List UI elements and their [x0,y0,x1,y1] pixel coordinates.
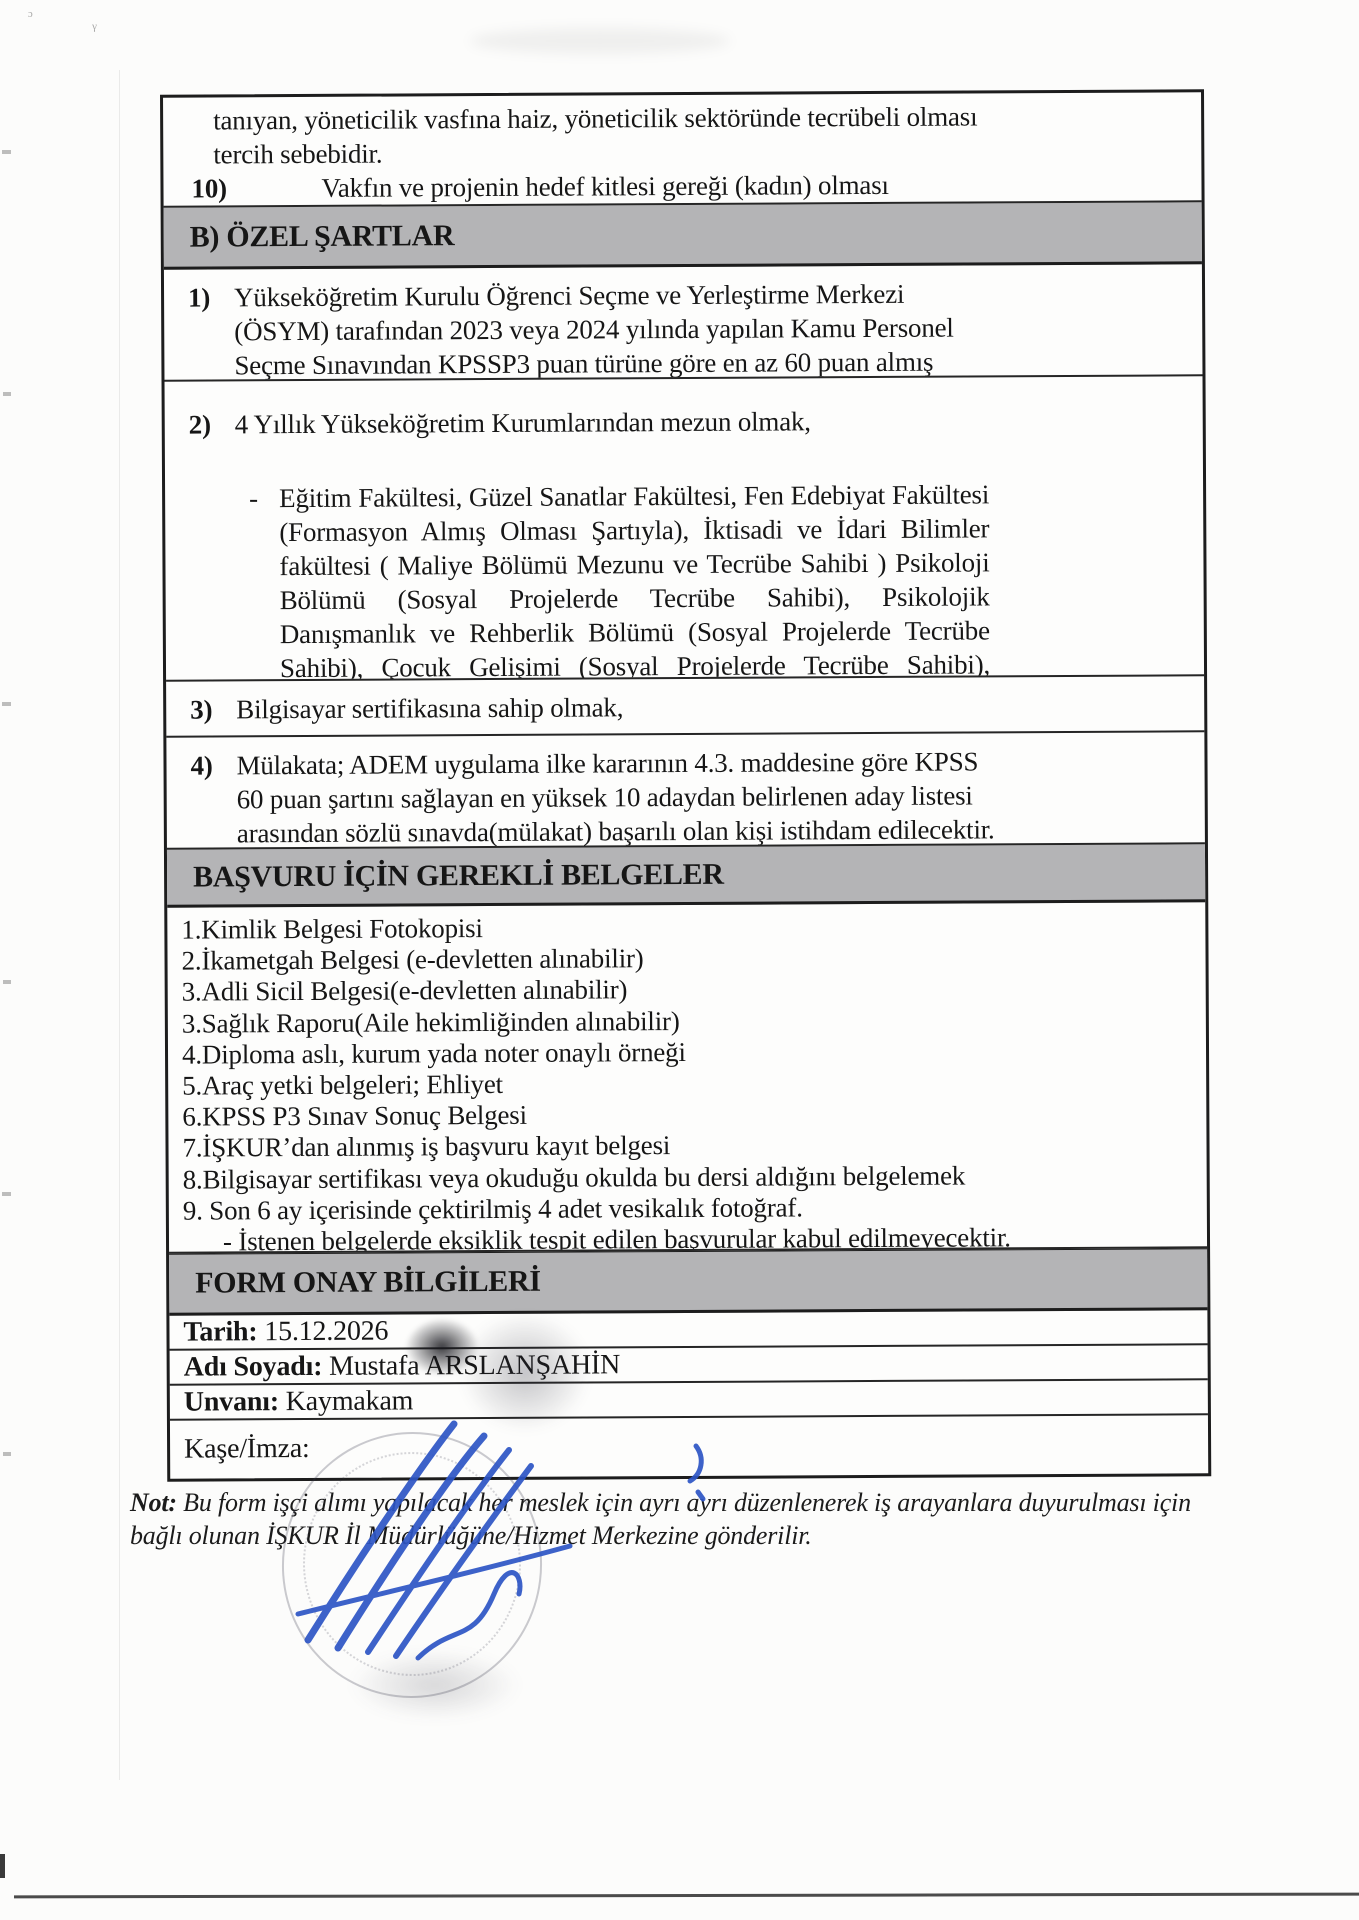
item-number: 1) [188,280,227,379]
document-item: 2.İkametgah Belgesi (e-devletten alınabi… [181,941,1185,977]
faculty-list-paragraph: - Eğitim Fakültesi, Güzel Sanatlar Fakül… [249,477,990,681]
scan-mark [3,392,11,396]
item-number: 3) [190,692,228,735]
form-table: tanıyan, yöneticilik vasfına haiz, yönet… [160,89,1211,1481]
scan-mark [3,980,11,984]
scan-mark [0,1854,5,1878]
scan-smudge [470,28,730,54]
document-item: 3.Sağlık Raporu(Aile hekimliğinden alına… [182,1003,1186,1039]
general-conditions-continuation-row: tanıyan, yöneticilik vasfına haiz, yönet… [163,92,1202,207]
scan-mark: ᵧ [92,12,97,33]
scan-mark [3,1452,11,1456]
name-label: Adı Soyadı: [184,1351,323,1383]
scan-mark [2,702,11,706]
scan-mark: ᵓ [28,6,33,27]
footnote-label: Not: [130,1488,177,1517]
special-condition-4-row: 4) Mülakata; ADEM uygulama ilke kararını… [166,732,1205,849]
item-number: 2) [189,407,227,441]
scan-edge-line [14,1893,1359,1899]
section-header-ozel-sartlar: B) ÖZEL ŞARTLAR [164,202,1202,269]
scan-mark [2,1192,11,1196]
section-title: FORM ONAY BİLGİLERİ [195,1265,541,1301]
section-header-form-onay: FORM ONAY BİLGİLERİ [169,1248,1207,1315]
continuation-text: tanıyan, yöneticilik vasfına haiz, yönet… [213,99,1043,171]
section-title: B) ÖZEL ŞARTLAR [190,219,455,254]
approval-name-row: Adı Soyadı: Mustafa ARSLANŞAHİN [170,1345,1208,1385]
section-header-basvuru-belgeler: BAŞVURU İÇİN GEREKLİ BELGELER [167,844,1205,907]
special-condition-2-row: 2) 4 Yıllık Yükseköğretim Kurumlarından … [165,376,1205,681]
scanned-form-page: ᵓ ᵧ tanıyan, yöneticilik vasfına haiz, y… [0,0,1359,1920]
document-item: 5.Araç yetki belgeleri; Ehliyet [182,1065,1186,1101]
general-condition-10: 10) Vakfın ve projenin hedef kitlesi ger… [213,166,1161,205]
item-text: Mülakata; ADEM uygulama ilke kararının 4… [236,744,1005,847]
special-condition-1-row: 1) Yükseköğretim Kurulu Öğrenci Seçme ve… [164,264,1203,381]
faculty-list-text: Eğitim Fakültesi, Güzel Sanatlar Fakülte… [279,477,990,681]
role-label: Unvanı: [184,1386,279,1417]
item-number: 4) [190,748,229,847]
dash-bullet: - [249,481,280,682]
signature-scribble [268,1388,748,1678]
item-text: Yükseköğretim Kurulu Öğrenci Seçme ve Ye… [234,276,1003,379]
document-note-item: - İstenen belgelerde eksiklik tespit edi… [183,1221,1187,1253]
item-text: Bilgisayar sertifikasına sahip olmak, [236,690,623,735]
document-item: 8.Bilgisayar sertifikası veya okuduğu ok… [183,1159,1187,1195]
document-item: 1.Kimlik Belgesi Fotokopisi [181,909,1185,945]
section-title: BAŞVURU İÇİN GEREKLİ BELGELER [193,857,724,894]
item-text: 4 Yıllık Yükseköğretim Kurumlarından mez… [235,404,811,441]
document-item: 9. Son 6 ay içerisinde çektirilmiş 4 ade… [183,1190,1187,1226]
item-text: Vakfın ve projenin hedef kitlesi gereği … [321,168,888,205]
approval-date-row: Tarih: 15.12.2026 [169,1310,1207,1350]
item-number: 10) [191,171,321,206]
date-value: 15.12.2026 [264,1316,388,1348]
document-item: 4.Diploma aslı, kurum yada noter onaylı … [182,1034,1186,1070]
required-documents-list: 1.Kimlik Belgesi Fotokopisi 2.İkametgah … [167,902,1207,1253]
document-item: 6.KPSS P3 Sınav Sonuç Belgesi [182,1097,1186,1133]
document-item: 3.Adli Sicil Belgesi(e-devletten alınabi… [182,972,1186,1008]
document-item: 7.İŞKUR’dan alınmış iş başvuru kayıt bel… [182,1128,1186,1164]
date-label: Tarih: [183,1316,257,1347]
scan-mark [2,150,11,154]
special-condition-3-row: 3) Bilgisayar sertifikasına sahip olmak, [166,676,1204,737]
scan-fold-line [119,70,120,1780]
